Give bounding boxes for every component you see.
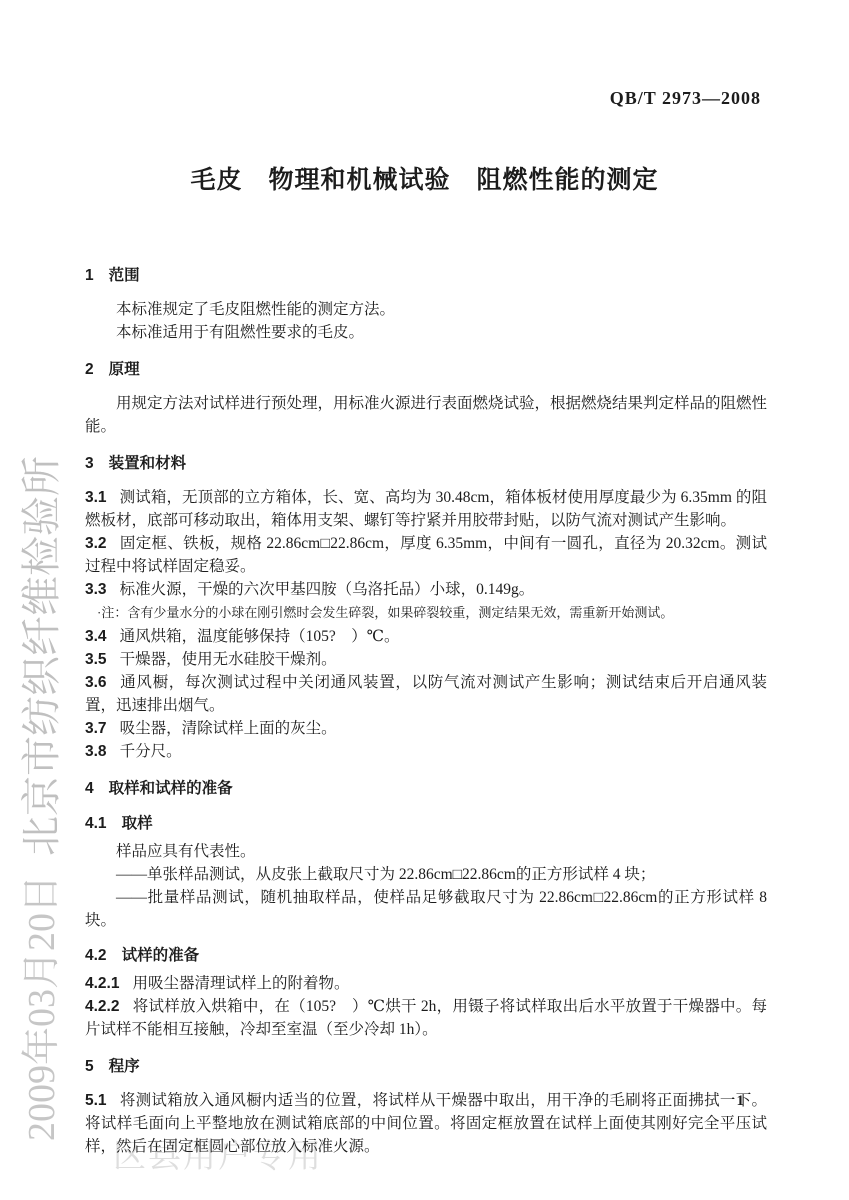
section-heading-5: 5程序 bbox=[85, 1055, 767, 1078]
subsection-heading-4-2: 4.2试样的准备 bbox=[85, 944, 767, 967]
clause-3-6: 3.6通风橱，每次测试过程中关闭通风装置，以防气流对测试产生影响；测试结束后开启… bbox=[85, 671, 767, 717]
section-number: 1 bbox=[85, 267, 94, 284]
list-item-dash: ——单张样品测试，从皮张上截取尺寸为 22.86cm□22.86cm的正方形试样… bbox=[85, 863, 767, 886]
list-item-dash: ——批量样品测试，随机抽取样品，使样品足够截取尺寸为 22.86cm□22.86… bbox=[85, 886, 767, 932]
clause-number: 3.2 bbox=[85, 535, 107, 552]
clause-number: 3.8 bbox=[85, 743, 107, 760]
clause-text: 千分尺。 bbox=[120, 743, 182, 760]
section-label: 程序 bbox=[109, 1058, 140, 1075]
clause-text: 吸尘器，清除试样上面的灰尘。 bbox=[120, 720, 337, 737]
watermark-org-vertical: 北京市纺织纤维检验所 bbox=[20, 436, 64, 876]
clause-text: 通风烘箱，温度能够保持（105? ）℃。 bbox=[120, 628, 400, 645]
clause-3-2: 3.2固定框、铁板，规格 22.86cm□22.86cm，厚度 6.35mm，中… bbox=[85, 532, 767, 578]
clause-5-1: 5.1将测试箱放入通风橱内适当的位置，将试样从干燥器中取出，用干净的毛刷将正面拂… bbox=[85, 1089, 767, 1158]
section-number: 3 bbox=[85, 455, 94, 472]
section-heading-1: 1范围 bbox=[85, 264, 767, 287]
page-number: 1 bbox=[737, 1093, 745, 1110]
clause-3-5: 3.5干燥器，使用无水硅胶干燥剂。 bbox=[85, 648, 767, 671]
clause-text: 测试箱，无顶部的立方箱体，长、宽、高均为 30.48cm，箱体板材使用厚度最少为… bbox=[85, 489, 767, 529]
clause-text: 将试样放入烘箱中，在（105? ）℃烘干 2h，用镊子将试样取出后水平放置于干燥… bbox=[85, 998, 767, 1038]
watermark-date-vertical: 2009年03月20日 bbox=[21, 881, 63, 1141]
clause-text: 固定框、铁板，规格 22.86cm□22.86cm，厚度 6.35mm，中间有一… bbox=[85, 535, 767, 575]
clause-3-3: 3.3标准火源，干燥的六次甲基四胺（乌洛托品）小球，0.149g。 bbox=[85, 578, 767, 601]
clause-3-7: 3.7吸尘器，清除试样上面的灰尘。 bbox=[85, 717, 767, 740]
clause-3-8: 3.8千分尺。 bbox=[85, 740, 767, 763]
document-page: 北京市纺织纤维检验所 2009年03月20日 区县用户专用 QB/T 2973—… bbox=[0, 0, 849, 1200]
standard-code: QB/T 2973—2008 bbox=[610, 88, 761, 109]
section-number: 4 bbox=[85, 780, 94, 797]
clause-text: 干燥器，使用无水硅胶干燥剂。 bbox=[120, 651, 337, 668]
clause-text: 标准火源，干燥的六次甲基四胺（乌洛托品）小球，0.149g。 bbox=[120, 581, 535, 598]
clause-number: 4.2.1 bbox=[85, 975, 119, 992]
section-label: 取样和试样的准备 bbox=[109, 780, 233, 797]
clause-number: 4.2.2 bbox=[85, 998, 119, 1015]
paragraph: 本标准规定了毛皮阻燃性能的测定方法。 bbox=[85, 298, 767, 321]
clause-number: 3.1 bbox=[85, 489, 107, 506]
document-body: 1范围 本标准规定了毛皮阻燃性能的测定方法。 本标准适用于有阻燃性要求的毛皮。 … bbox=[85, 250, 767, 1158]
clause-text: 通风橱，每次测试过程中关闭通风装置，以防气流对测试产生影响；测试结束后开启通风装… bbox=[85, 674, 767, 714]
clause-4-2-2: 4.2.2将试样放入烘箱中，在（105? ）℃烘干 2h，用镊子将试样取出后水平… bbox=[85, 995, 767, 1041]
section-label: 范围 bbox=[109, 267, 140, 284]
page-title: 毛皮 物理和机械试验 阻燃性能的测定 bbox=[0, 160, 849, 196]
subsection-label: 试样的准备 bbox=[122, 947, 200, 964]
paragraph: 本标准适用于有阻燃性要求的毛皮。 bbox=[85, 321, 767, 344]
clause-text: 用吸尘器清理试样上的附着物。 bbox=[132, 975, 349, 992]
clause-4-2-1: 4.2.1用吸尘器清理试样上的附着物。 bbox=[85, 972, 767, 995]
clause-number: 3.4 bbox=[85, 628, 107, 645]
clause-number: 3.3 bbox=[85, 581, 107, 598]
clause-number: 3.6 bbox=[85, 674, 107, 691]
clause-3-1: 3.1测试箱，无顶部的立方箱体，长、宽、高均为 30.48cm，箱体板材使用厚度… bbox=[85, 486, 767, 532]
clause-number: 3.5 bbox=[85, 651, 107, 668]
clause-number: 5.1 bbox=[85, 1092, 107, 1109]
clause-number: 3.7 bbox=[85, 720, 107, 737]
section-number: 5 bbox=[85, 1058, 94, 1075]
clause-text: 将测试箱放入通风橱内适当的位置，将试样从干燥器中取出，用干净的毛刷将正面拂拭一下… bbox=[85, 1092, 767, 1155]
section-number: 2 bbox=[85, 361, 94, 378]
clause-3-4: 3.4通风烘箱，温度能够保持（105? ）℃。 bbox=[85, 625, 767, 648]
section-heading-2: 2原理 bbox=[85, 358, 767, 381]
section-heading-4: 4取样和试样的准备 bbox=[85, 777, 767, 800]
section-label: 原理 bbox=[109, 361, 140, 378]
subsection-heading-4-1: 4.1取样 bbox=[85, 812, 767, 835]
section-heading-3: 3装置和材料 bbox=[85, 452, 767, 475]
paragraph: 用规定方法对试样进行预处理，用标准火源进行表面燃烧试验，根据燃烧结果判定样品的阻… bbox=[85, 392, 767, 438]
subsection-number: 4.1 bbox=[85, 815, 107, 832]
subsection-label: 取样 bbox=[122, 815, 153, 832]
section-label: 装置和材料 bbox=[109, 455, 187, 472]
subsection-number: 4.2 bbox=[85, 947, 107, 964]
paragraph: 样品应具有代表性。 bbox=[85, 840, 767, 863]
note: ·注：含有少量水分的小球在刚引燃时会发生碎裂，如果碎裂较重，测定结果无效，需重新… bbox=[85, 602, 767, 624]
